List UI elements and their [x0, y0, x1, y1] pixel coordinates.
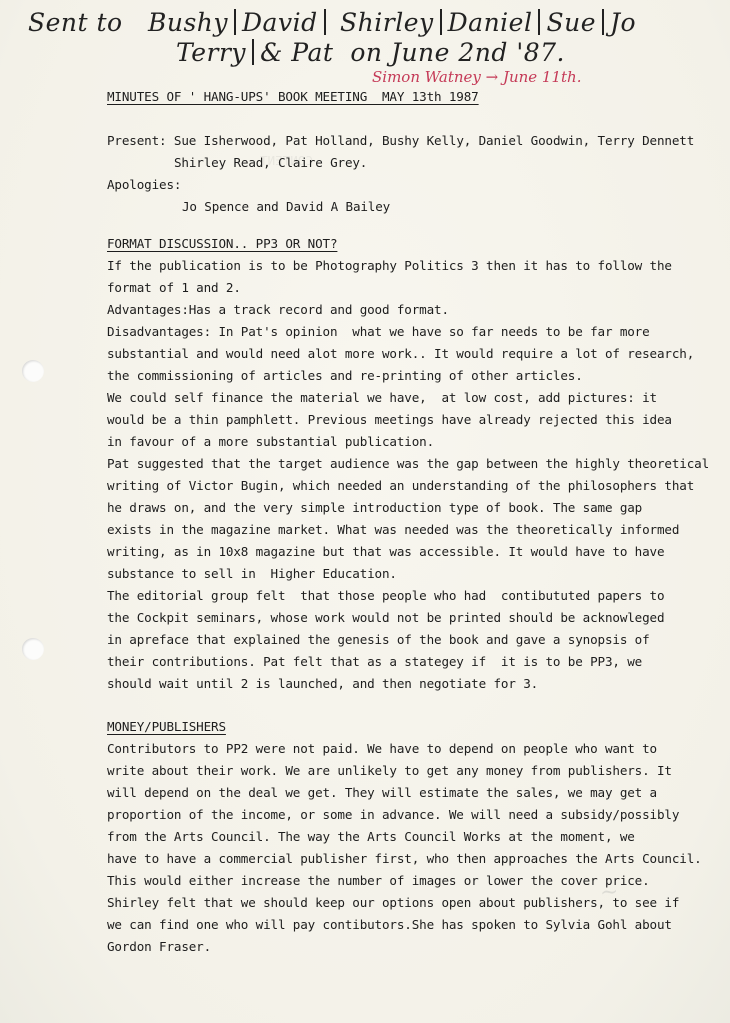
body-line: in apreface that explained the genesis o…	[107, 629, 709, 651]
hw-jo: Jo	[610, 8, 636, 37]
body-line: proportion of the income, or some in adv…	[107, 804, 702, 826]
hw-bushy: Bushy	[148, 8, 228, 37]
body-line: write about their work. We are unlikely …	[107, 760, 702, 782]
body-line: format of 1 and 2.	[107, 277, 709, 299]
section-heading-money: MONEY/PUBLISHERS	[107, 716, 226, 738]
body-line: from the Arts Council. The way the Arts …	[107, 826, 702, 848]
hw-sue: Sue	[546, 8, 596, 37]
hw-daniel: Daniel	[448, 8, 533, 37]
body-line: will depend on the deal we get. They wil…	[107, 782, 702, 804]
hw-sent-to: Sent to	[28, 8, 123, 37]
body-line: the commissioning of articles and re-pri…	[107, 365, 709, 387]
body-line: Pat suggested that the target audience w…	[107, 453, 709, 475]
body-line: would be a thin pamphlett. Previous meet…	[107, 409, 709, 431]
page-title: MINUTES OF ' HANG-UPS' BOOK MEETING MAY …	[107, 86, 479, 108]
body-line: substance to sell in Higher Education.	[107, 563, 709, 585]
hw-date: on June 2nd '87.	[350, 38, 565, 67]
body-line: should wait until 2 is launched, and the…	[107, 673, 709, 695]
body-line: writing of Victor Bugin, which needed an…	[107, 475, 709, 497]
hw-pat: & Pat	[260, 38, 333, 67]
present-row: Present: Sue Isherwood, Pat Holland, Bus…	[107, 130, 694, 152]
punch-hole-bottom	[22, 638, 44, 660]
faint-handwriting: ~	[599, 879, 619, 905]
handwritten-sent-line-2: Terry& Pat on June 2nd '87.	[176, 38, 565, 67]
body-line: writing, as in 10x8 magazine but that wa…	[107, 541, 709, 563]
body-line: Gordon Fraser.	[107, 936, 702, 958]
body-line: The editorial group felt that those peop…	[107, 585, 709, 607]
present-label: Present:	[107, 133, 166, 148]
present-row-2: Shirley Read, Claire Grey.	[174, 152, 367, 174]
body-line: have to have a commercial publisher firs…	[107, 848, 702, 870]
document-page: CONTENT Sent to BushyDavid ShirleyDaniel…	[0, 0, 730, 1023]
section-body-format: If the publication is to be Photography …	[107, 255, 709, 695]
punch-hole-top	[22, 360, 44, 382]
apologies-names: Jo Spence and David A Bailey	[182, 196, 390, 218]
present-names: Sue Isherwood, Pat Holland, Bushy Kelly,…	[174, 133, 694, 148]
hw-terry: Terry	[176, 38, 246, 67]
body-line: substantial and would need alot more wor…	[107, 343, 709, 365]
body-line: he draws on, and the very simple introdu…	[107, 497, 709, 519]
section-heading-format: FORMAT DISCUSSION.. PP3 OR NOT?	[107, 233, 337, 255]
section-body-money: Contributors to PP2 were not paid. We ha…	[107, 738, 702, 958]
body-line: Contributors to PP2 were not paid. We ha…	[107, 738, 702, 760]
body-line: exists in the magazine market. What was …	[107, 519, 709, 541]
hw-david: David	[242, 8, 318, 37]
body-line: we can find one who will pay contibutors…	[107, 914, 702, 936]
apologies-label: Apologies:	[107, 174, 181, 196]
body-line: Advantages:Has a track record and good f…	[107, 299, 709, 321]
handwritten-red-note: Simon Watney → June 11th.	[372, 68, 581, 86]
body-line: their contributions. Pat felt that as a …	[107, 651, 709, 673]
body-line: the Cockpit seminars, whose work would n…	[107, 607, 709, 629]
handwritten-sent-line-1: Sent to BushyDavid ShirleyDanielSueJo	[28, 8, 636, 37]
body-line: Disadvantages: In Pat's opinion what we …	[107, 321, 709, 343]
hw-shirley: Shirley	[340, 8, 434, 37]
body-line: in favour of a more substantial publicat…	[107, 431, 709, 453]
body-line: If the publication is to be Photography …	[107, 255, 709, 277]
body-line: We could self finance the material we ha…	[107, 387, 709, 409]
